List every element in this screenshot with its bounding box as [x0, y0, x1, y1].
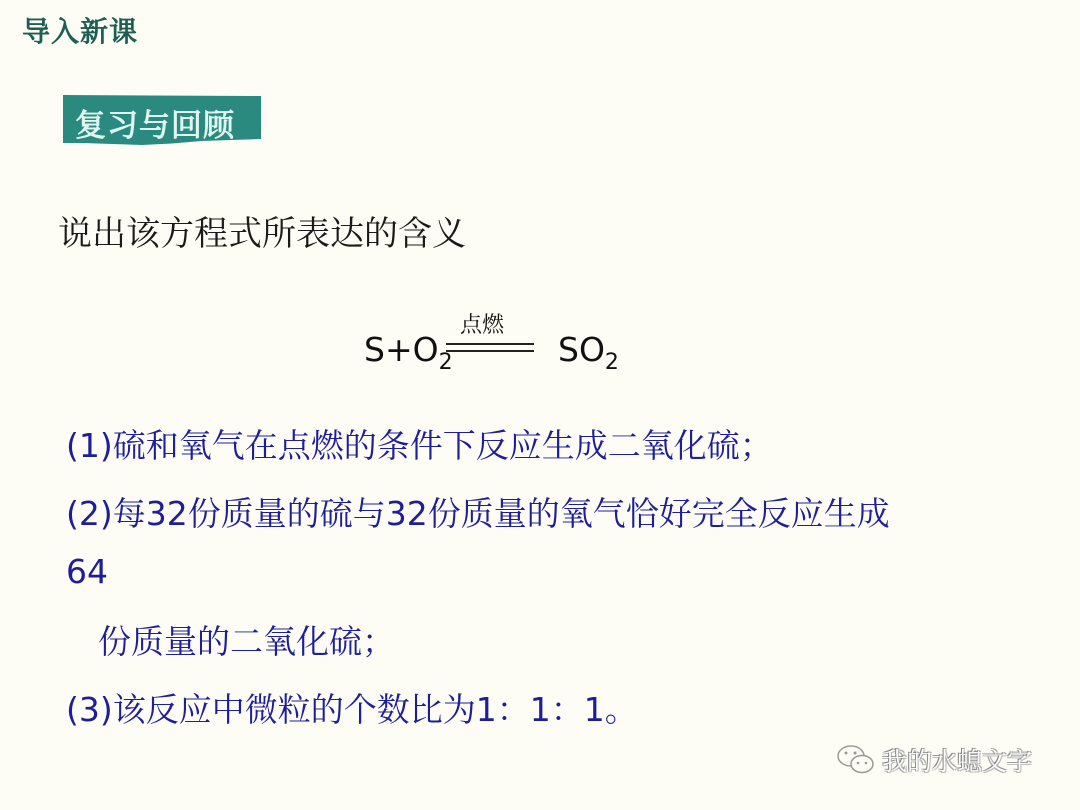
- answer-item-3: (3)该反应中微粒的个数比为1：1：1。: [66, 684, 638, 731]
- equation-product: SO2: [558, 330, 619, 375]
- reactant-sulfur: S: [364, 330, 385, 369]
- chemical-equation: S+O2 点燃 SO2: [364, 310, 664, 380]
- equation-reactants: S+O2: [364, 330, 453, 375]
- answer-item-2-cont-text: 份质量的二氧化硫；: [98, 616, 395, 663]
- equals-line-top: [446, 343, 534, 345]
- equals-line-bottom: [446, 350, 534, 352]
- plus-sign: +: [385, 330, 413, 369]
- prompt-text: 说出该方程式所表达的含义: [58, 206, 466, 255]
- product-subscript: 2: [605, 350, 619, 375]
- header-title: 导入新课: [22, 10, 138, 50]
- reactant-oxygen: O: [413, 330, 439, 369]
- oxygen-subscript: 2: [439, 350, 453, 375]
- section-badge-label: 复习与回顾: [75, 100, 235, 145]
- product-formula: SO: [558, 330, 605, 369]
- answer-item-1: (1)硫和氧气在点燃的条件下反应生成二氧化硫；: [66, 420, 773, 467]
- reaction-condition: 点燃: [460, 308, 504, 339]
- answer-item-2-cont-number: 64: [66, 552, 108, 591]
- watermark: 我的水螅文字: [836, 740, 1032, 780]
- section-badge: 复习与回顾: [63, 95, 261, 145]
- wechat-icon: [836, 743, 876, 777]
- watermark-text: 我的水螅文字: [882, 742, 1032, 778]
- answer-item-2: (2)每32份质量的硫与32份质量的氧气恰好完全反应生成: [66, 488, 890, 535]
